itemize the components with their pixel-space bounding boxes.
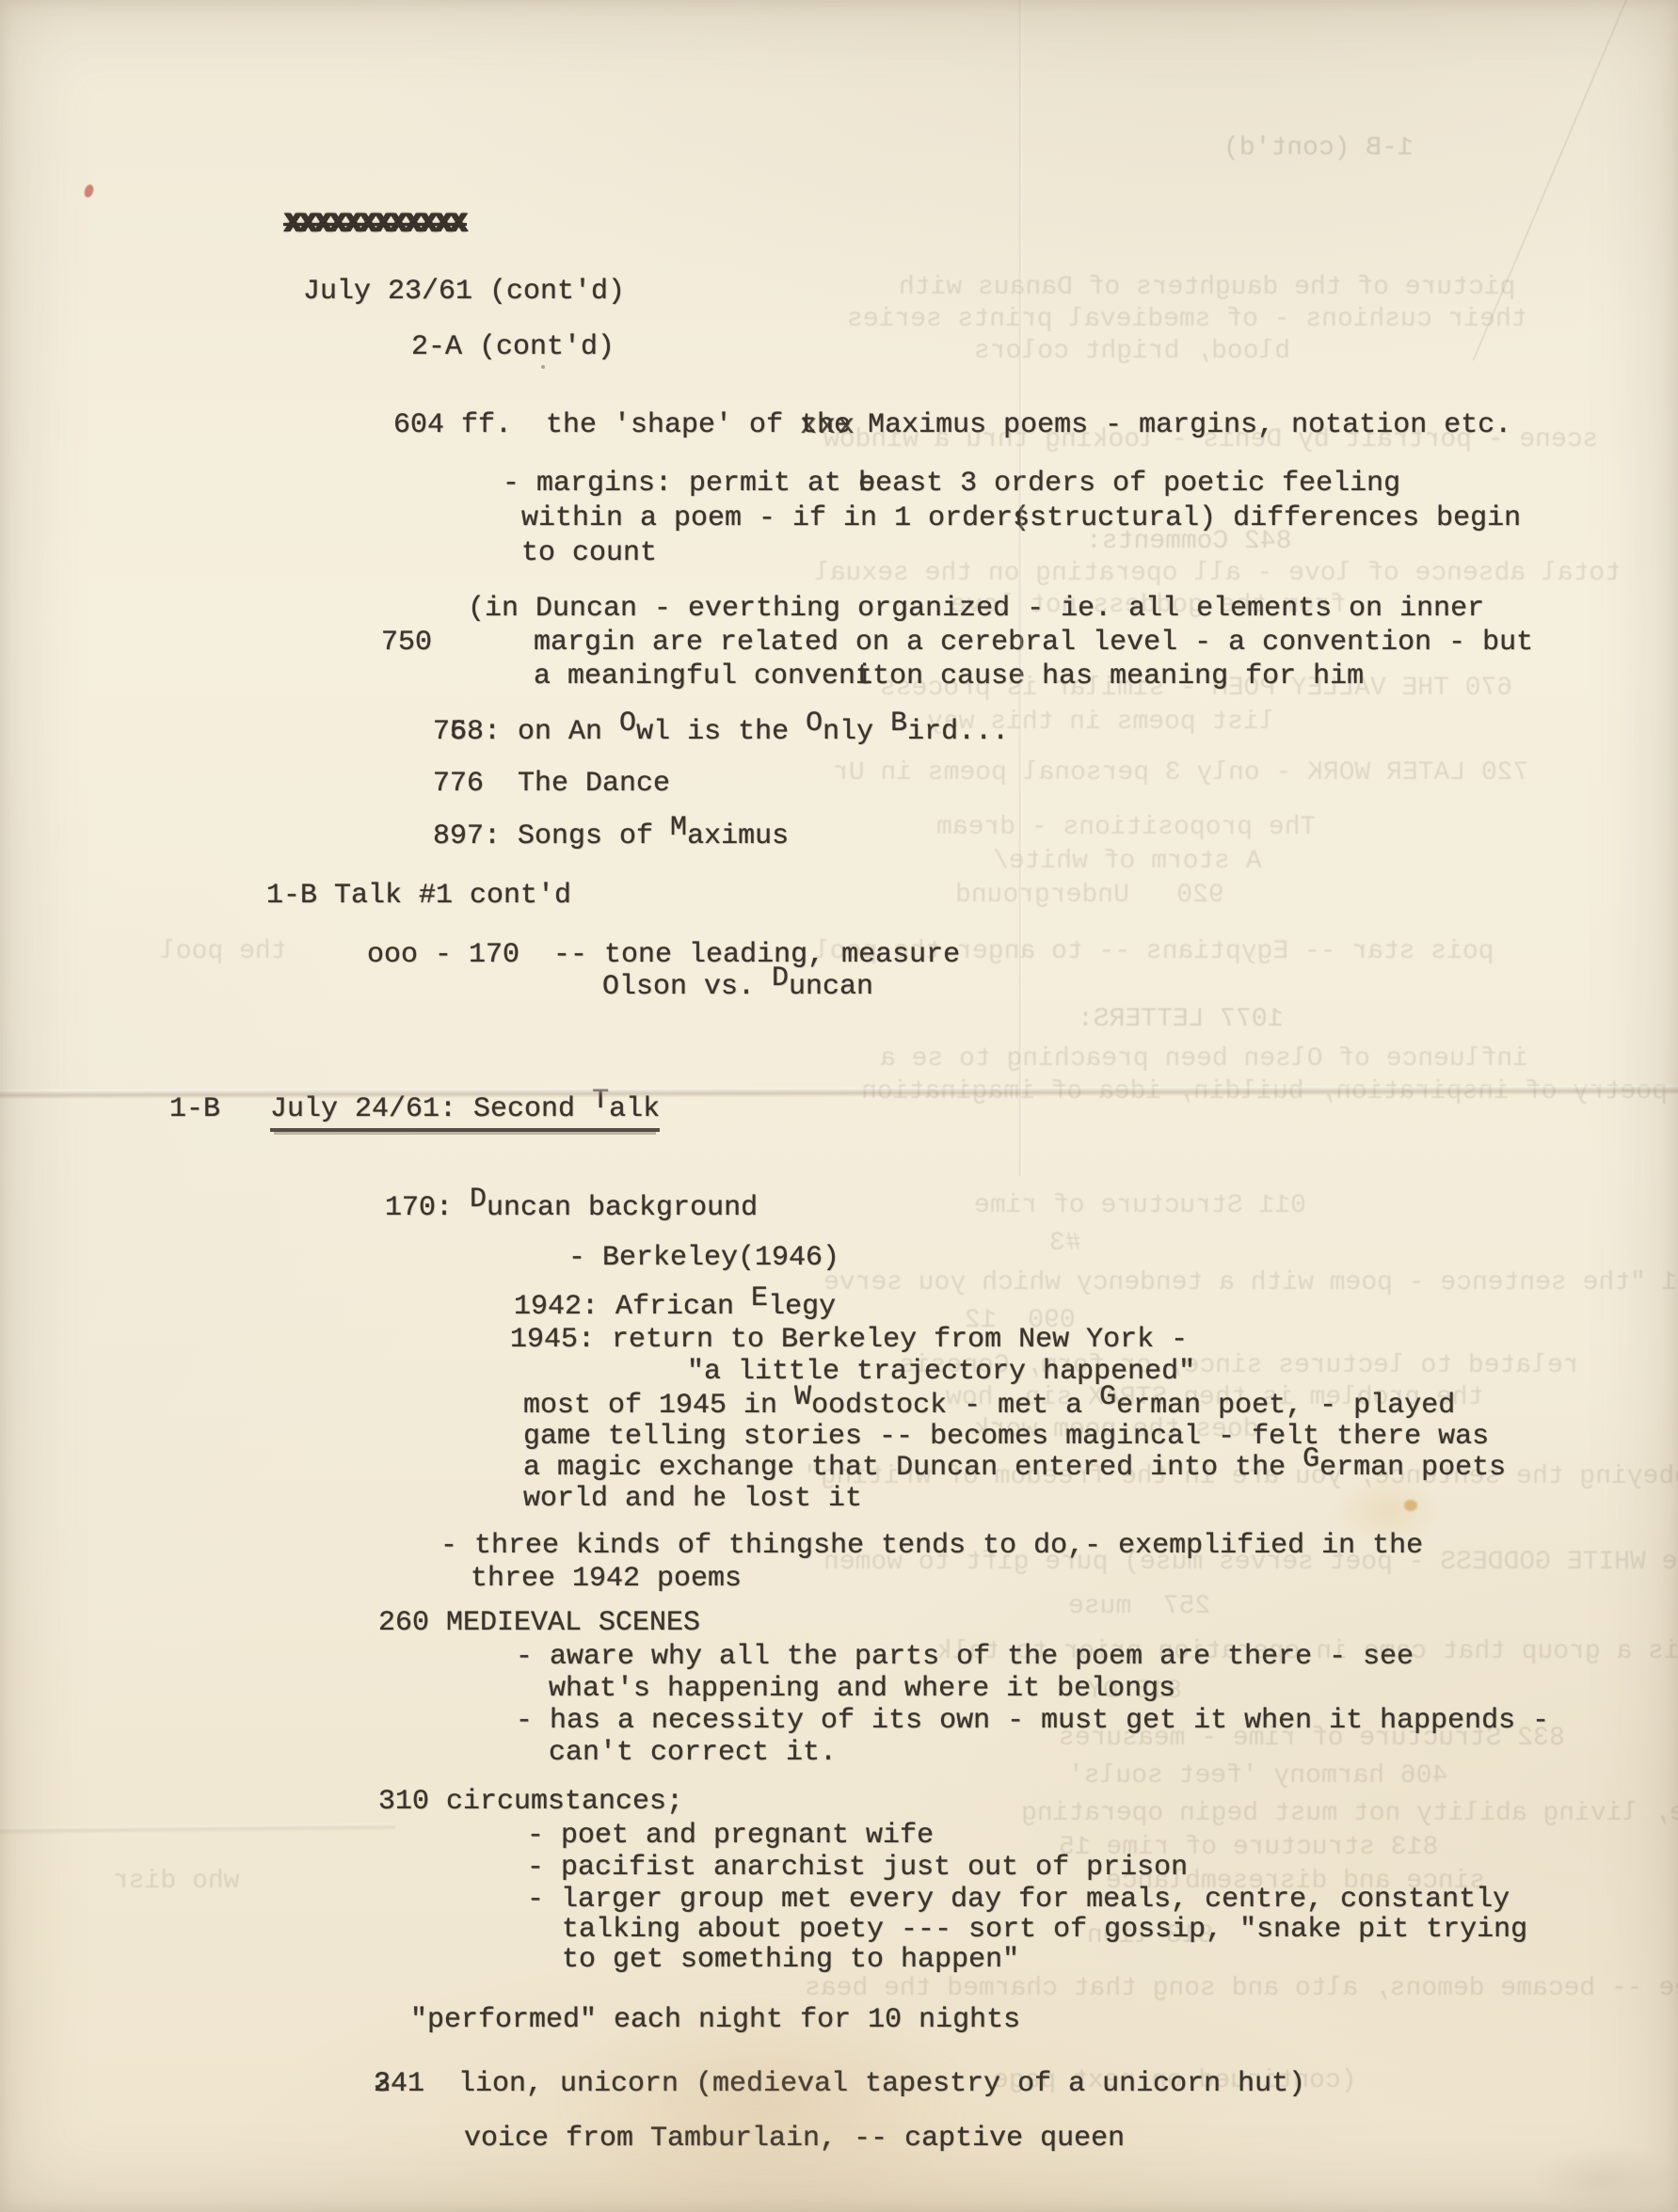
bleedthrough-text: 406 harmony 'feet souls' — [1068, 1761, 1447, 1790]
crease-left-edge — [0, 1823, 395, 1835]
text-segment: ton cause has meaning for him — [872, 660, 1364, 692]
overtyped-char: 32 — [374, 2068, 391, 2100]
line-necessity-2: can't correct it. — [549, 1737, 837, 1769]
text-segment: most of 1945 in — [523, 1390, 794, 1422]
text-segment: east 3 orders of poetic feeling — [875, 468, 1400, 500]
line-three-kinds-2: three 1942 poems — [471, 1563, 742, 1595]
bleedthrough-text: 920 Underground — [955, 881, 1224, 910]
text-segment: - margins: permit at — [503, 468, 858, 500]
text-segment: a magic exchange that Duncan entered int… — [523, 1452, 1302, 1484]
text-segment: aximus — [687, 820, 789, 852]
line-604-shape: 604 ff. the 'shape' of thexxx Maximus po… — [393, 409, 1511, 441]
stain-right-mid — [1336, 1477, 1440, 1543]
text-segment: 604 ff. the 'shape' of — [393, 409, 800, 441]
text-segment: structural) differences begin — [1030, 502, 1521, 534]
ink-speck — [541, 365, 545, 369]
line-260-medieval: 260 MEDIEVAL SCENES — [378, 1607, 700, 1639]
underlined-heading: July 24/61: Second Talk — [270, 1093, 660, 1132]
bleedthrough-text: 011 Structure of rime — [974, 1191, 1306, 1220]
line-section-2a: 2-A (cont'd) — [411, 331, 615, 363]
stain-bottom-center — [555, 1995, 969, 2206]
line-three-kinds-1: - three kinds of thingshe tends to do,- … — [440, 1530, 1423, 1562]
bleedthrough-text: picture of the daughters of Danaus with — [899, 273, 1515, 302]
line-margins-1: - margins: permit at ebeast 3 orders of … — [503, 468, 1400, 500]
line-trajectory-quote: "a little trajectory happened" — [687, 1356, 1195, 1388]
raised-letter: D — [470, 1184, 487, 1216]
line-return-1945: 1945: return to Berkeley from New York - — [510, 1324, 1188, 1356]
paper-scan: 1-B (cont'd)picture of the daughters of … — [0, 0, 1678, 2212]
text-segment: Olson vs. — [602, 971, 772, 1003]
text-segment: alk — [609, 1093, 660, 1125]
bleedthrough-text: 720 LATER WORK - only 3 personal poems i… — [833, 758, 1528, 788]
line-pacifist: - pacifist anarchist just out of prison — [527, 1852, 1188, 1884]
line-necessity-1: - has a necessity of its own - must get … — [516, 1705, 1549, 1737]
line-dance: 776 The Dance — [433, 768, 670, 800]
bleedthrough-text: influence of Olsen been preaching to se … — [880, 1044, 1528, 1074]
raised-letter: D — [772, 963, 789, 995]
line-olson-vs-duncan: Olson vs. Duncan — [602, 971, 873, 1003]
bleedthrough-text: #3 — [1049, 1229, 1081, 1258]
text-segment: ird... — [907, 716, 1009, 748]
line-aware-1: - aware why all the parts of the poem ar… — [516, 1641, 1414, 1673]
line-poet-wife: - poet and pregnant wife — [527, 1820, 934, 1852]
bleedthrough-text: A storm of white/ — [993, 847, 1262, 876]
line-to-get-something: to get something to happen" — [562, 1944, 1019, 1976]
text-segment: oodstock - met a — [811, 1390, 1099, 1422]
raised-letter: E — [751, 1282, 768, 1314]
overtyped-char: 65 — [450, 716, 467, 748]
stain-dot-red — [83, 183, 95, 199]
raised-letter: G — [1099, 1381, 1116, 1413]
text-segment: wl is the — [636, 716, 806, 748]
text-segment: 1942: African — [514, 1291, 751, 1323]
bleedthrough-text: 257 muse — [1068, 1592, 1210, 1621]
text-segment: erman poet, - played — [1116, 1390, 1455, 1422]
bleedthrough-text: The propositions - dream — [936, 813, 1316, 842]
line-duncan-2: margin are related on a cerebral level -… — [534, 627, 1533, 659]
bleedthrough-text: total absence of love - all operating on… — [814, 559, 1621, 588]
text-segment: nly — [823, 716, 890, 748]
wrinkle-bottom-right — [1189, 1873, 1678, 2212]
text-segment: 170: — [385, 1192, 470, 1224]
stain-dot-amber — [1404, 1500, 1417, 1511]
bleedthrough-text: 1077 LETTERS: — [1078, 1005, 1283, 1034]
line-talk1-contd: 1-B Talk #1 cont'd — [266, 880, 571, 912]
text-segment: a meaningful conven — [534, 660, 855, 692]
line-woodstock: most of 1945 in Woodstock - met a German… — [523, 1390, 1455, 1422]
text-segment: Maximus poems - margins, notation etc. — [851, 409, 1511, 441]
text-segment: uncan background — [487, 1192, 758, 1224]
line-170-duncan-bg: 170: Duncan background — [385, 1192, 758, 1224]
line-berkeley: - Berkeley(1946) — [568, 1242, 839, 1274]
raised-letter: G — [1302, 1443, 1319, 1475]
line-world-lost: world and he lost it — [523, 1483, 862, 1515]
fold-crease-vertical — [1018, 0, 1023, 1176]
overtyped-char: eb — [858, 468, 875, 500]
text-segment: uncan — [789, 971, 873, 1003]
line-songs-maximus: 897: Songs of Maximus — [433, 820, 789, 852]
bleedthrough-text: their cushions - of smedieval prints ser… — [847, 305, 1527, 334]
text-segment: legy — [768, 1291, 836, 1323]
text-segment: 7 — [433, 716, 450, 748]
crease-diagonal-top-right — [1472, 0, 1633, 360]
raised-letter: O — [619, 708, 636, 740]
bleedthrough-text: 1-B (cont'd) — [1223, 134, 1414, 163]
line-owl: 7658: on An Owl is the Only Bird... — [433, 716, 1009, 748]
line-african-elegy: 1942: African Elegy — [514, 1291, 836, 1323]
bleedthrough-text: who disr — [113, 1867, 239, 1896]
bleedthrough-text: 465 intelligence, living ability not mus… — [1021, 1799, 1678, 1828]
line-duncan-3: a meaningful conventiton cause has meani… — [534, 660, 1364, 692]
text-segment: within a poem - if in 1 order — [521, 502, 1013, 534]
line-margins-3: to count — [521, 537, 657, 569]
overstruck-word: thexxx — [800, 409, 851, 441]
raised-letter: B — [890, 708, 907, 740]
line-310-circumstances: 310 circumstances; — [378, 1786, 683, 1818]
bleedthrough-text: 060 #1 "the sentence - poem with a tende… — [823, 1268, 1678, 1297]
raised-letter: O — [806, 708, 823, 740]
line-duncan-1: (in Duncan - everthing organized - ie. a… — [468, 593, 1484, 625]
text-segment: 897: Songs of — [433, 820, 670, 852]
strikeout-overlay: xxx — [800, 410, 856, 442]
typed-strikeout-line: XXXXXXXXXXXX — [284, 209, 465, 241]
line-date-july23: July 23/61 (cont'd) — [303, 276, 625, 308]
text-segment: 8: on An — [467, 716, 619, 748]
line-num-750: 750 — [381, 627, 432, 659]
bleedthrough-text: the pool — [160, 937, 286, 966]
line-game-telling: game telling stories -- becomes magincal… — [523, 1421, 1489, 1453]
raised-letter: M — [670, 812, 687, 844]
raised-letter: W — [794, 1381, 811, 1413]
line-tone-leading: ooo - 170 -- tone leading, measure — [367, 939, 960, 971]
overtyped-char: ti — [855, 660, 872, 692]
line-aware-2: what's happening and where it belongs — [549, 1673, 1175, 1705]
